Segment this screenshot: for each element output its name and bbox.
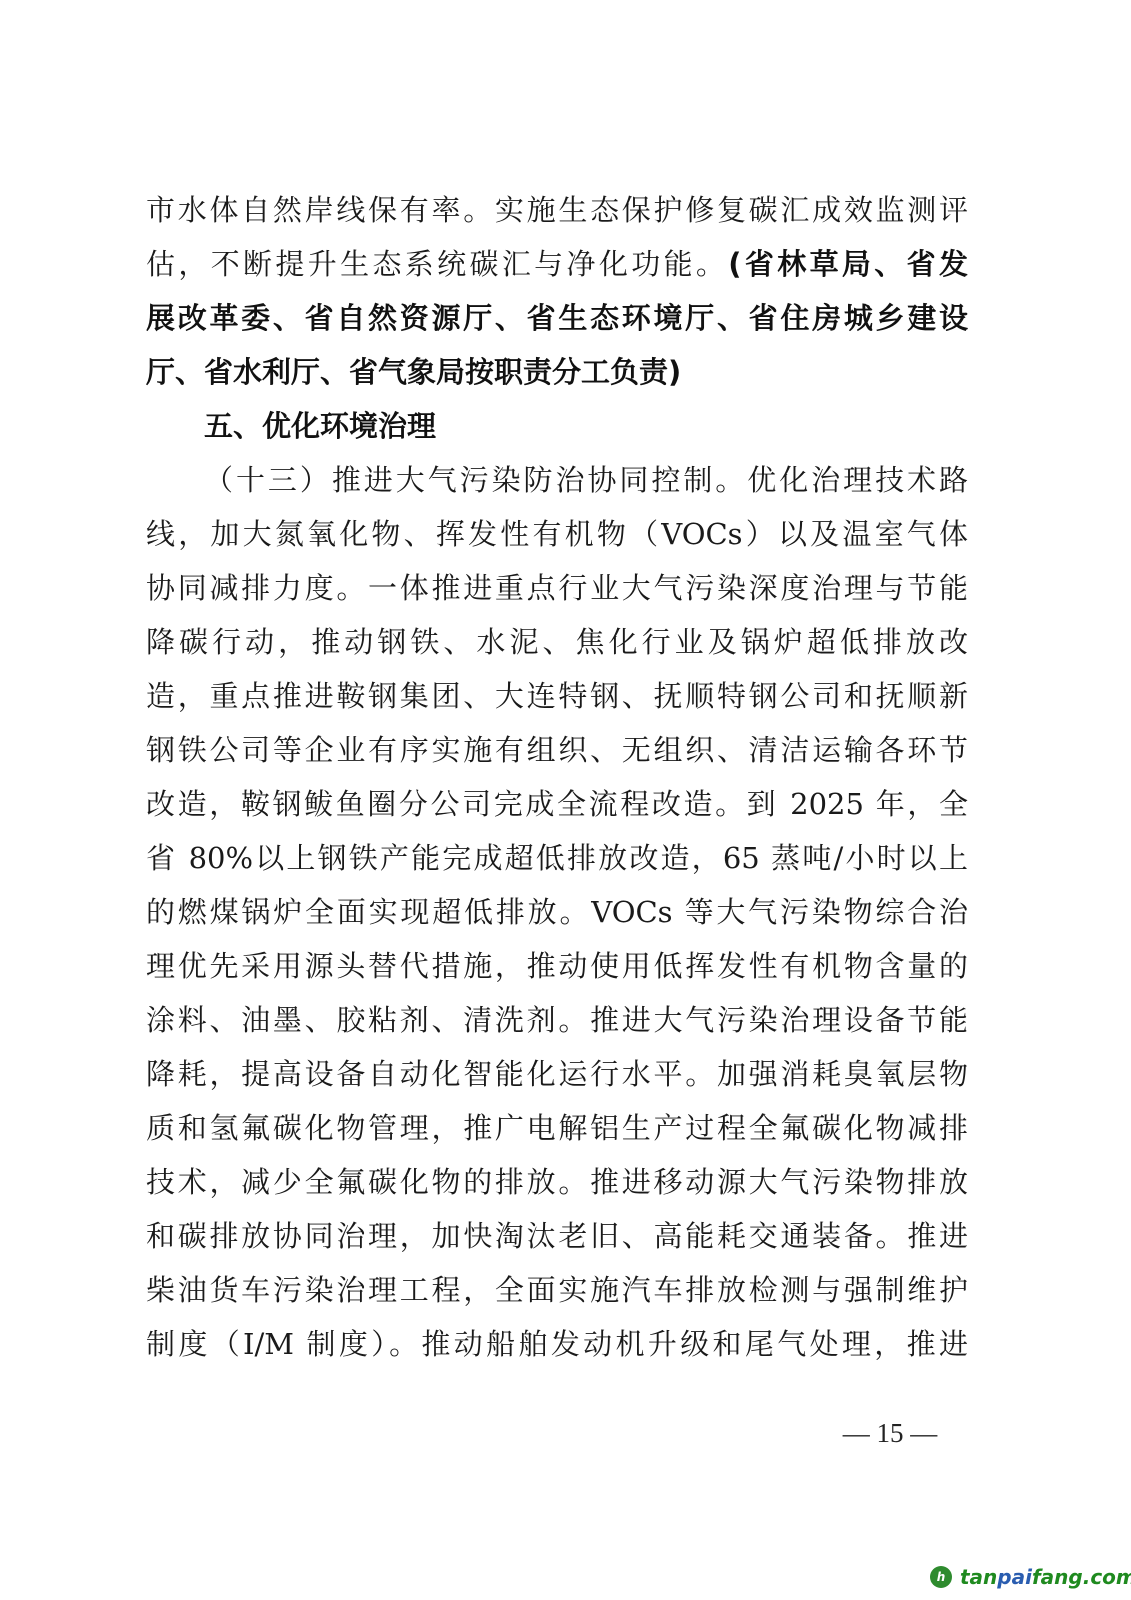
paragraph-line: 协同减排力度。一体推进重点行业大气污染深度治理与节能 [146, 568, 968, 608]
body-text: 估，不断提升生态系统碳汇与净化功能。 [146, 247, 728, 281]
paragraph-line: 技术，减少全氟碳化物的排放。推进移动源大气污染物排放 [146, 1162, 968, 1202]
paragraph-line: 降碳行动，推动钢铁、水泥、焦化行业及锅炉超低排放改 [146, 622, 968, 662]
paragraph-line: 涂料、油墨、胶粘剂、清洗剂。推进大气污染治理设备节能 [146, 1000, 968, 1040]
paragraph-line: 和碳排放协同治理，加快淘汰老旧、高能耗交通装备。推进 [146, 1216, 968, 1256]
watermark-text-part: pai [997, 1565, 1032, 1589]
paragraph-line: 降耗，提高设备自动化智能化运行水平。加强消耗臭氧层物 [146, 1054, 968, 1094]
paragraph-line: 线，加大氮氧化物、挥发性有机物（VOCs）以及温室气体 [146, 514, 968, 554]
paragraph-line: 造，重点推进鞍钢集团、大连特钢、抚顺特钢公司和抚顺新 [146, 676, 968, 716]
watermark-text: tanpaifang.com [960, 1565, 1131, 1589]
watermark-text-part: fang.com [1032, 1565, 1131, 1589]
paragraph-line: 改造，鞍钢鲅鱼圈分公司完成全流程改造。到 2025 年，全 [146, 784, 968, 824]
paragraph-line: 柴油货车污染治理工程，全面实施汽车排放检测与强制维护 [146, 1270, 968, 1310]
paragraph-line: 省 80%以上钢铁产能完成超低排放改造，65 蒸吨/小时以上 [146, 838, 968, 878]
section-heading: 五、优化环境治理 [204, 406, 968, 446]
document-page: 市水体自然岸线保有率。实施生态保护修复碳汇成效监测评 估，不断提升生态系统碳汇与… [0, 0, 1131, 1600]
paragraph-line: （十三）推进大气污染防治协同控制。优化治理技术路 [204, 460, 968, 500]
paragraph-line: 制度（I/M 制度）。推动船舶发动机升级和尾气处理，推进 [146, 1324, 968, 1364]
paragraph-line: 钢铁公司等企业有序实施有组织、无组织、清洁运输各环节 [146, 730, 968, 770]
watermark: h tanpaifang.com [930, 1563, 1131, 1591]
paragraph-line: 的燃煤锅炉全面实现超低排放。VOCs 等大气污染物综合治 [146, 892, 968, 932]
body-line-mixed: 估，不断提升生态系统碳汇与净化功能。(省林草局、省发 [146, 244, 968, 284]
site-logo-icon: h [930, 1566, 952, 1588]
body-line: 市水体自然岸线保有率。实施生态保护修复碳汇成效监测评 [146, 190, 968, 230]
watermark-text-part: tan [960, 1565, 997, 1589]
paragraph-line: 质和氢氟碳化物管理，推广电解铝生产过程全氟碳化物减排 [146, 1108, 968, 1148]
responsible-departments-line: 厅、省水利厅、省气象局按职责分工负责) [146, 352, 968, 392]
paragraph-line: 理优先采用源头替代措施，推动使用低挥发性有机物含量的 [146, 946, 968, 986]
responsible-departments-line: 展改革委、省自然资源厅、省生态环境厅、省住房城乡建设 [146, 298, 968, 338]
page-number: — 15 — [800, 1418, 980, 1449]
responsible-departments-text: (省林草局、省发 [728, 247, 968, 281]
